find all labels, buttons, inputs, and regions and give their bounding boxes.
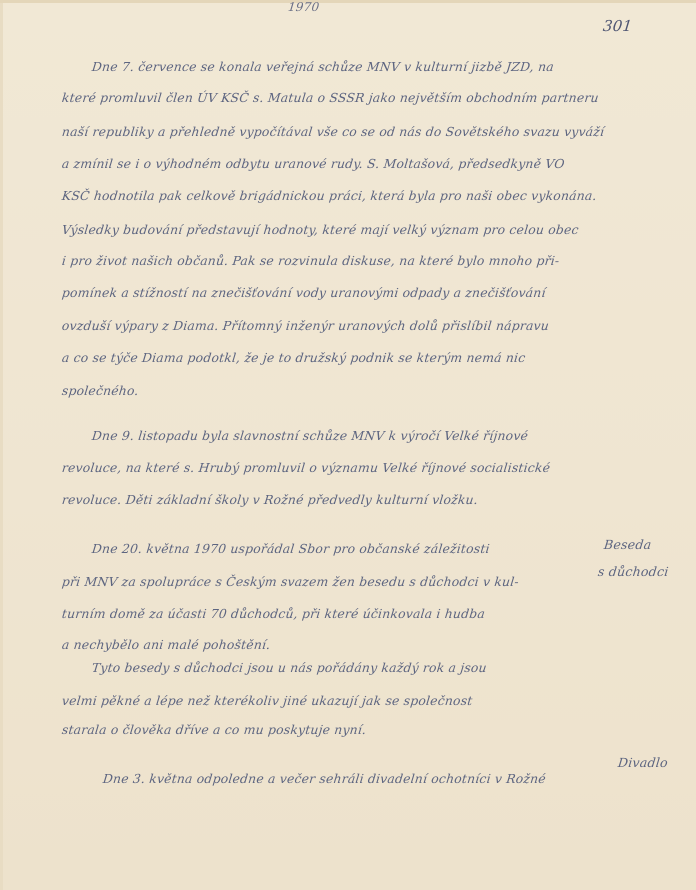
- text-line: a nechybělo ani malé pohoštění.: [61, 637, 271, 652]
- text-line: pomínek a stížností na znečišťování vody…: [61, 285, 546, 300]
- text-line: KSČ hodnotila pak celkově brigádnickou p…: [61, 188, 597, 203]
- text-line: které promluvil člen ÚV KSČ s. Matula o …: [61, 90, 599, 105]
- text-line: Dne 9. listopadu byla slavnostní schůze …: [91, 428, 529, 443]
- margin-note: Beseda: [603, 537, 652, 552]
- text-line: a zmínil se i o výhodném odbytu uranové …: [61, 156, 565, 171]
- text-line: a co se týče Diama podotkl, že je to dru…: [61, 350, 526, 365]
- text-line: Tyto besedy s důchodci jsou u nás pořádá…: [91, 660, 487, 675]
- text-line: ovzduší výpary z Diama. Přítomný inženýr…: [61, 318, 550, 333]
- text-line: i pro život našich občanů. Pak se rozvin…: [61, 253, 560, 268]
- text-line: Dne 20. května 1970 uspořádal Sbor pro o…: [91, 541, 490, 556]
- text-line: Dne 7. července se konala veřejná schůze…: [91, 59, 555, 74]
- text-line: Dne 3. května odpoledne a večer sehráli …: [102, 771, 547, 786]
- text-line: starala o člověka dříve a co mu poskytuj…: [61, 722, 367, 737]
- text-line: při MNV za spolupráce s Českým svazem že…: [61, 574, 519, 589]
- text-line: revoluce. Děti základní školy v Rožné př…: [61, 492, 479, 507]
- text-line: společného.: [61, 383, 139, 398]
- page-number: 301: [602, 17, 633, 35]
- margin-note: Divadlo: [617, 755, 668, 770]
- chronicle-page: 1970 301 Dne 7. července se konala veřej…: [0, 0, 696, 890]
- text-line: naší republiky a přehledně vypočítával v…: [61, 124, 605, 139]
- text-line: Výsledky budování představují hodnoty, k…: [61, 222, 579, 237]
- text-line: turním domě za účasti 70 důchodců, při k…: [61, 606, 486, 621]
- text-line: velmi pěkné a lépe než kterékoliv jiné u…: [61, 693, 473, 708]
- text-line: revoluce, na které s. Hrubý promluvil o …: [61, 460, 551, 475]
- margin-note: s důchodci: [597, 564, 669, 579]
- year-header: 1970: [287, 0, 320, 14]
